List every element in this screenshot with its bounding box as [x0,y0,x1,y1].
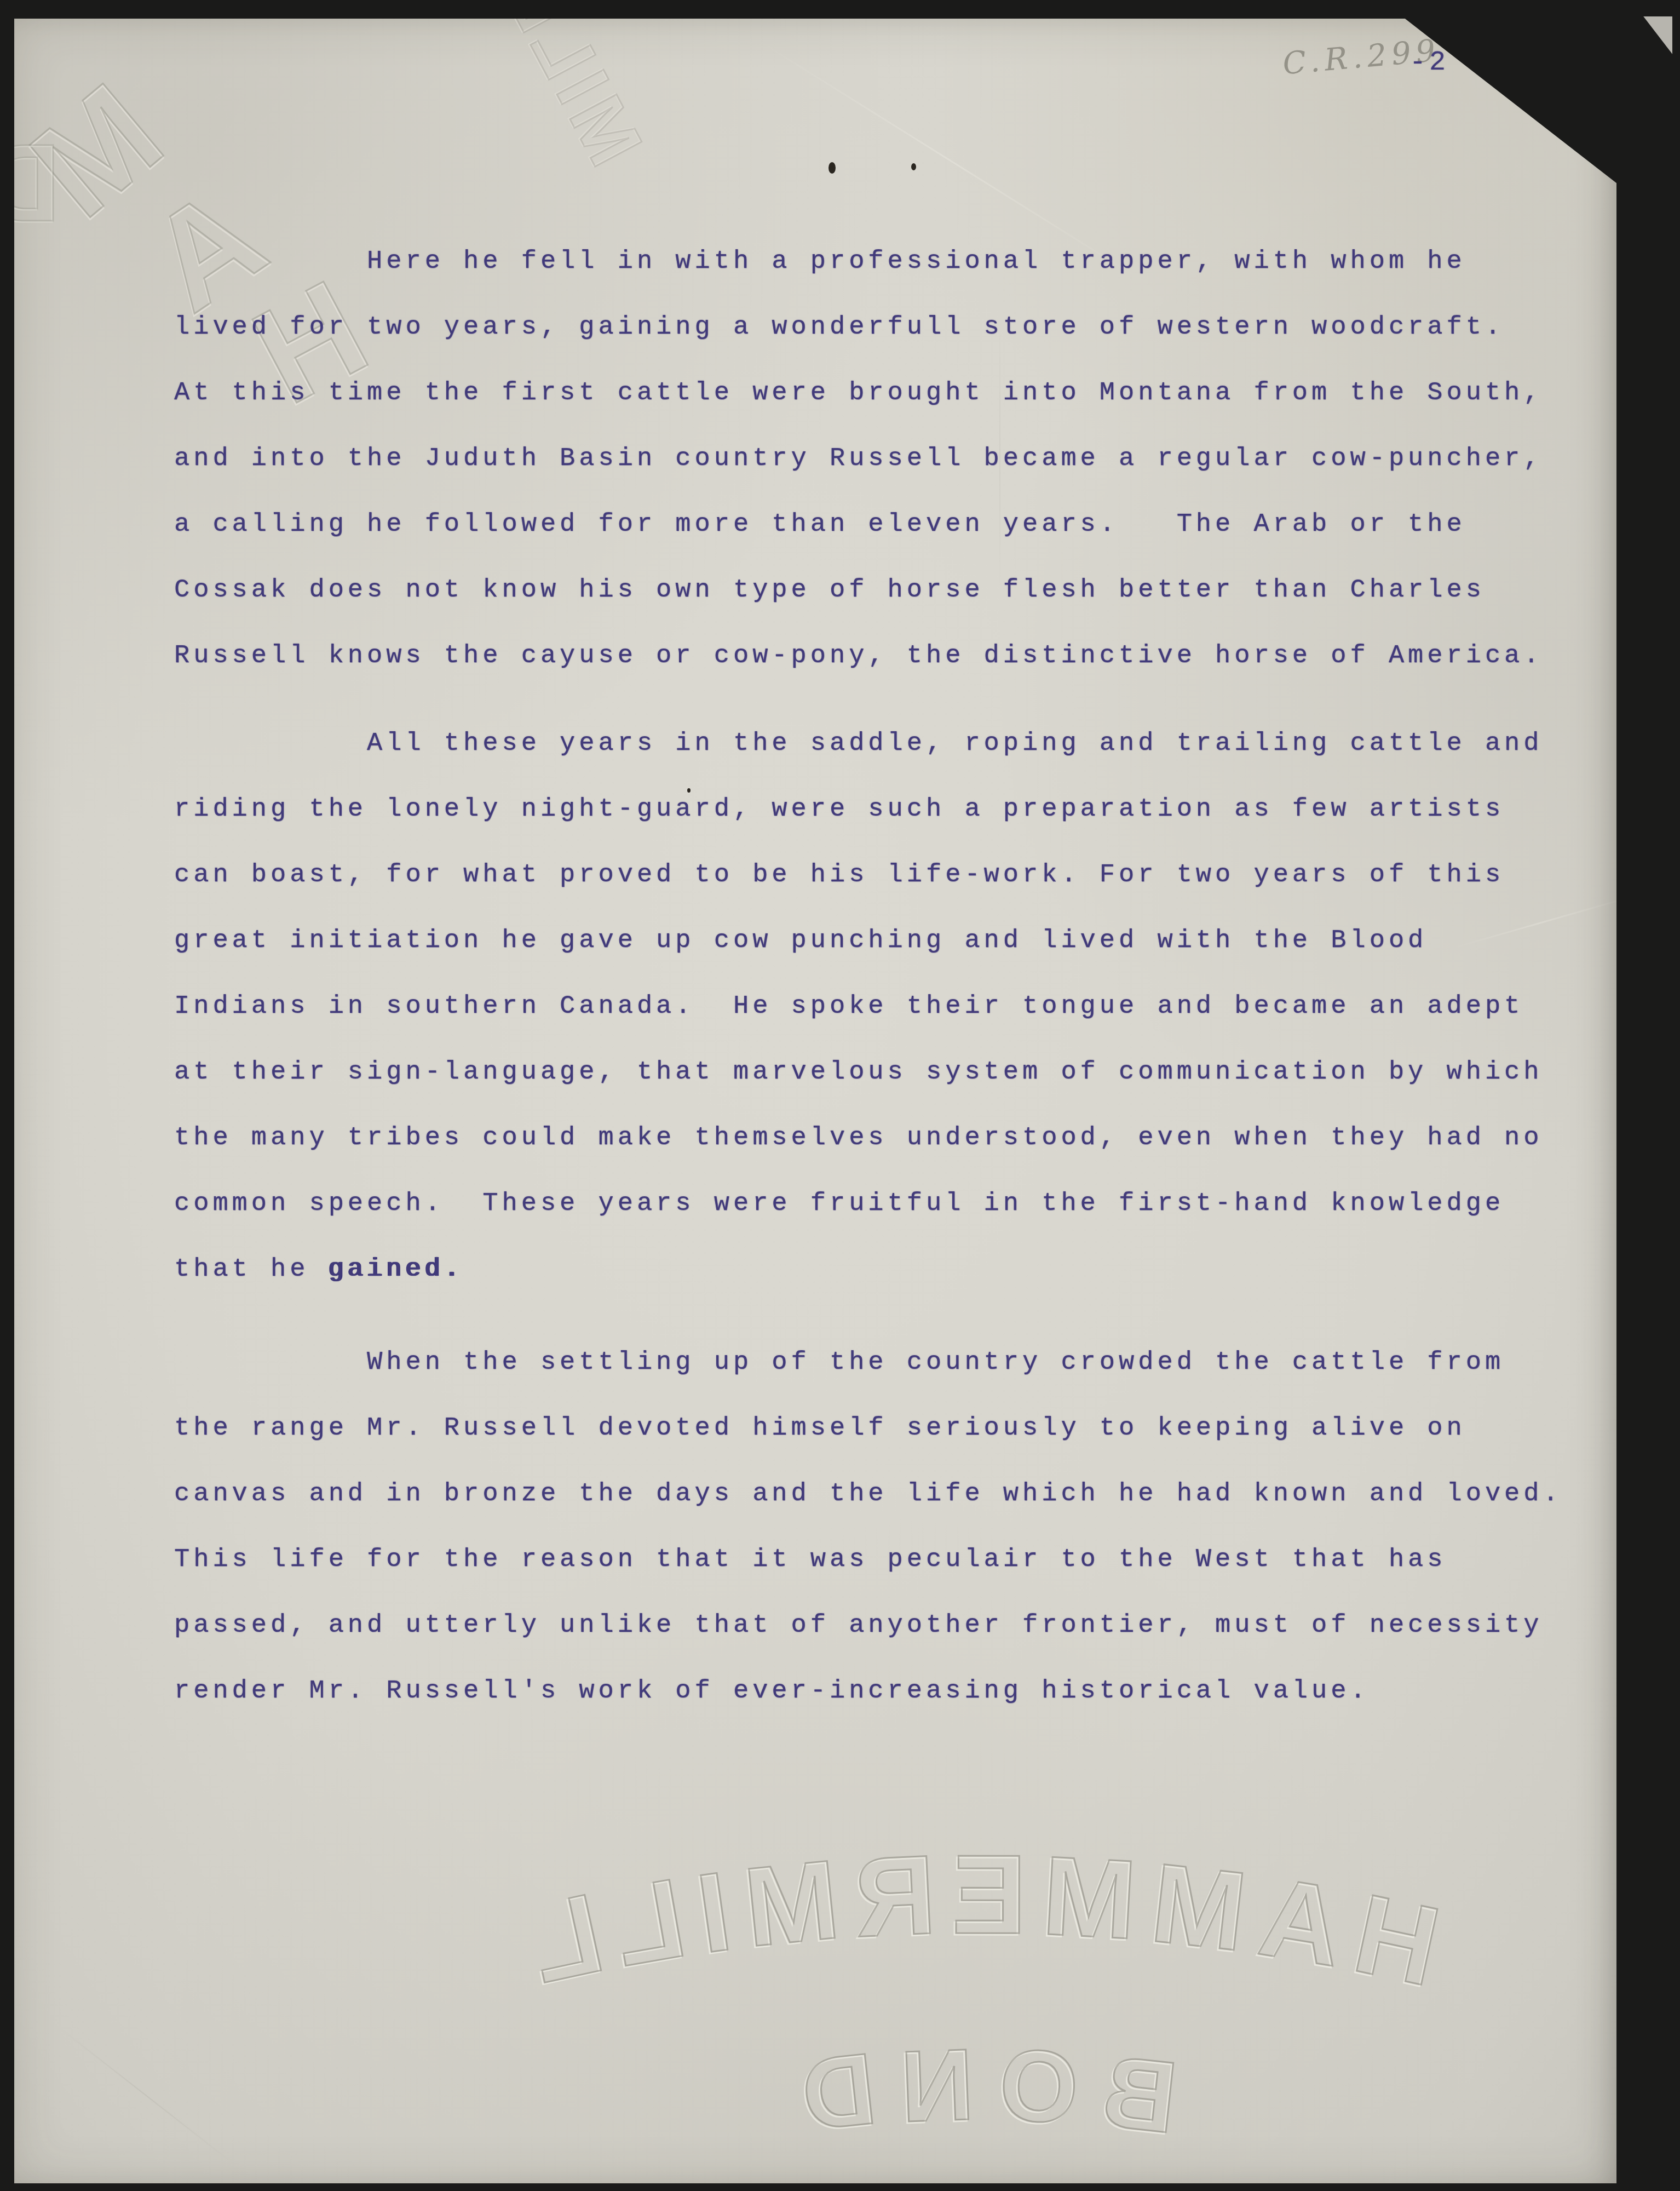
watermark-fragment-mill: MILL [485,19,657,178]
paragraph: All these years in the saddle, roping an… [174,711,1598,1303]
paper-sheet: M M A A H H MILL MILL D D [14,19,1616,2183]
watermark-bottom: HAMMERMILL HAMMERMILL BOND BOND [376,1777,1580,2191]
overstruck-word: gained. [329,1255,463,1284]
typed-line: at their sign-language, that marvelous s… [174,1040,1598,1105]
paragraph: Here he fell in with a professional trap… [174,229,1598,689]
typed-line: All these years in the saddle, roping an… [174,711,1598,777]
svg-text:BOND: BOND [774,2028,1182,2154]
watermark-bond-text: BOND [772,2029,1181,2156]
watermark-fragment-mill: MILL [487,19,659,179]
typed-line: When the settling up of the country crow… [174,1330,1598,1396]
typed-line: that he gained. [174,1237,1598,1303]
typed-line: Russell knows the cayuse or cow-pony, th… [174,623,1598,689]
typed-line: great initiation he gave up cow punching… [174,908,1598,974]
typed-line: Indians in southern Canada. He spoke the… [174,974,1598,1040]
watermark-letter: M [14,55,189,245]
typed-line: lived for two years, gaining a wonderful… [174,295,1598,360]
typed-line: a calling he followed for more than elev… [174,492,1598,558]
watermark-bond-text: BOND [774,2028,1182,2154]
paragraph: When the settling up of the country crow… [174,1330,1598,1724]
typed-line: This life for the reason that it was pec… [174,1527,1598,1593]
typed-line: canvas and in bronze the days and the li… [174,1461,1598,1527]
scan-background: M M A A H H MILL MILL D D [0,0,1680,2191]
cut-corner-fragment [1636,16,1672,59]
typed-line: Cossak does not know his own type of hor… [174,558,1598,623]
typed-line: can boast, for what proved to be his lif… [174,842,1598,908]
watermark-hammermill-text: HAMMERMILL [504,1833,1448,2012]
watermark-fragment-d: D [14,122,60,244]
typed-line: common speech. These years were fruitful… [174,1171,1598,1237]
typed-line: At this time the first cattle were broug… [174,360,1598,426]
typed-text: that he [174,1255,329,1284]
paper-crease [55,2024,237,2166]
watermark-letter: M [14,57,189,248]
svg-text:HAMMERMILL: HAMMERMILL [504,1833,1448,2012]
watermark-fragment-d: D [14,123,59,245]
svg-text:BOND: BOND [772,2029,1181,2156]
svg-text:HAMMERMILL: HAMMERMILL [506,1832,1450,2010]
typed-line: the range Mr. Russell devoted himself se… [174,1396,1598,1461]
typed-line: render Mr. Russell's work of ever-increa… [174,1659,1598,1724]
paper-speck [829,162,836,174]
typed-line: riding the lonely night-guard, were such… [174,777,1598,842]
typed-line: Here he fell in with a professional trap… [174,229,1598,295]
watermark-hammermill-text: HAMMERMILL [506,1832,1450,2010]
typed-line: the many tribes could make themselves un… [174,1105,1598,1171]
typed-line: and into the Juduth Basin country Russel… [174,426,1598,492]
typed-body: Here he fell in with a professional trap… [174,229,1598,1724]
typed-line: passed, and utterly unlike that of anyot… [174,1593,1598,1659]
paper-speck [911,163,916,170]
typed-page-number: -2 [1409,47,1449,78]
